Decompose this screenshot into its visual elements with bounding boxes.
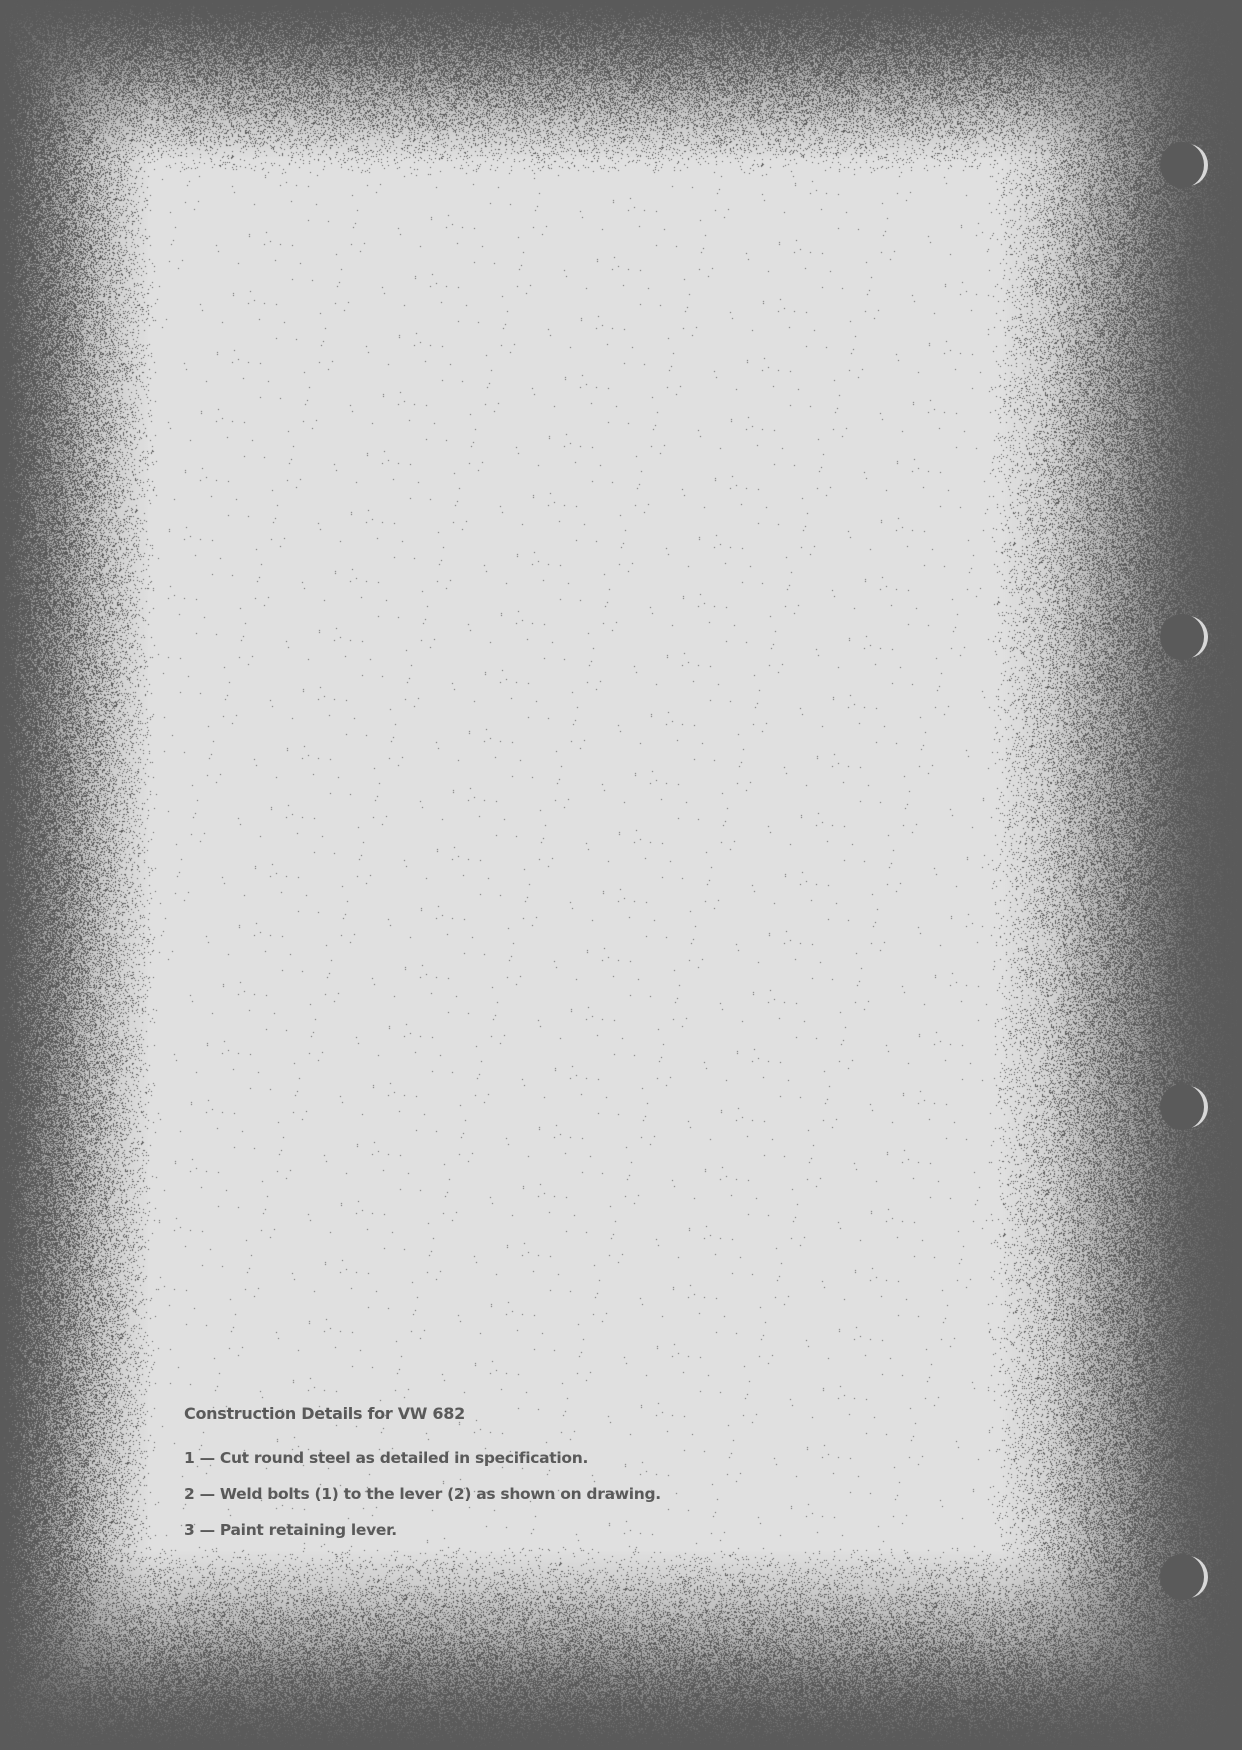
binder-hole (1160, 614, 1204, 660)
caption-step: 1 — Cut round steel as detailed in speci… (184, 1449, 661, 1467)
caption-step: 3 — Paint retaining lever. (184, 1521, 661, 1539)
construction-caption: Construction Details for VW 682 1 — Cut … (184, 1404, 661, 1557)
caption-title: Construction Details for VW 682 (184, 1404, 661, 1423)
binder-hole (1160, 1554, 1204, 1600)
caption-step: 2 — Weld bolts (1) to the lever (2) as s… (184, 1485, 661, 1503)
binder-hole (1160, 142, 1204, 188)
binder-hole (1160, 1084, 1204, 1130)
